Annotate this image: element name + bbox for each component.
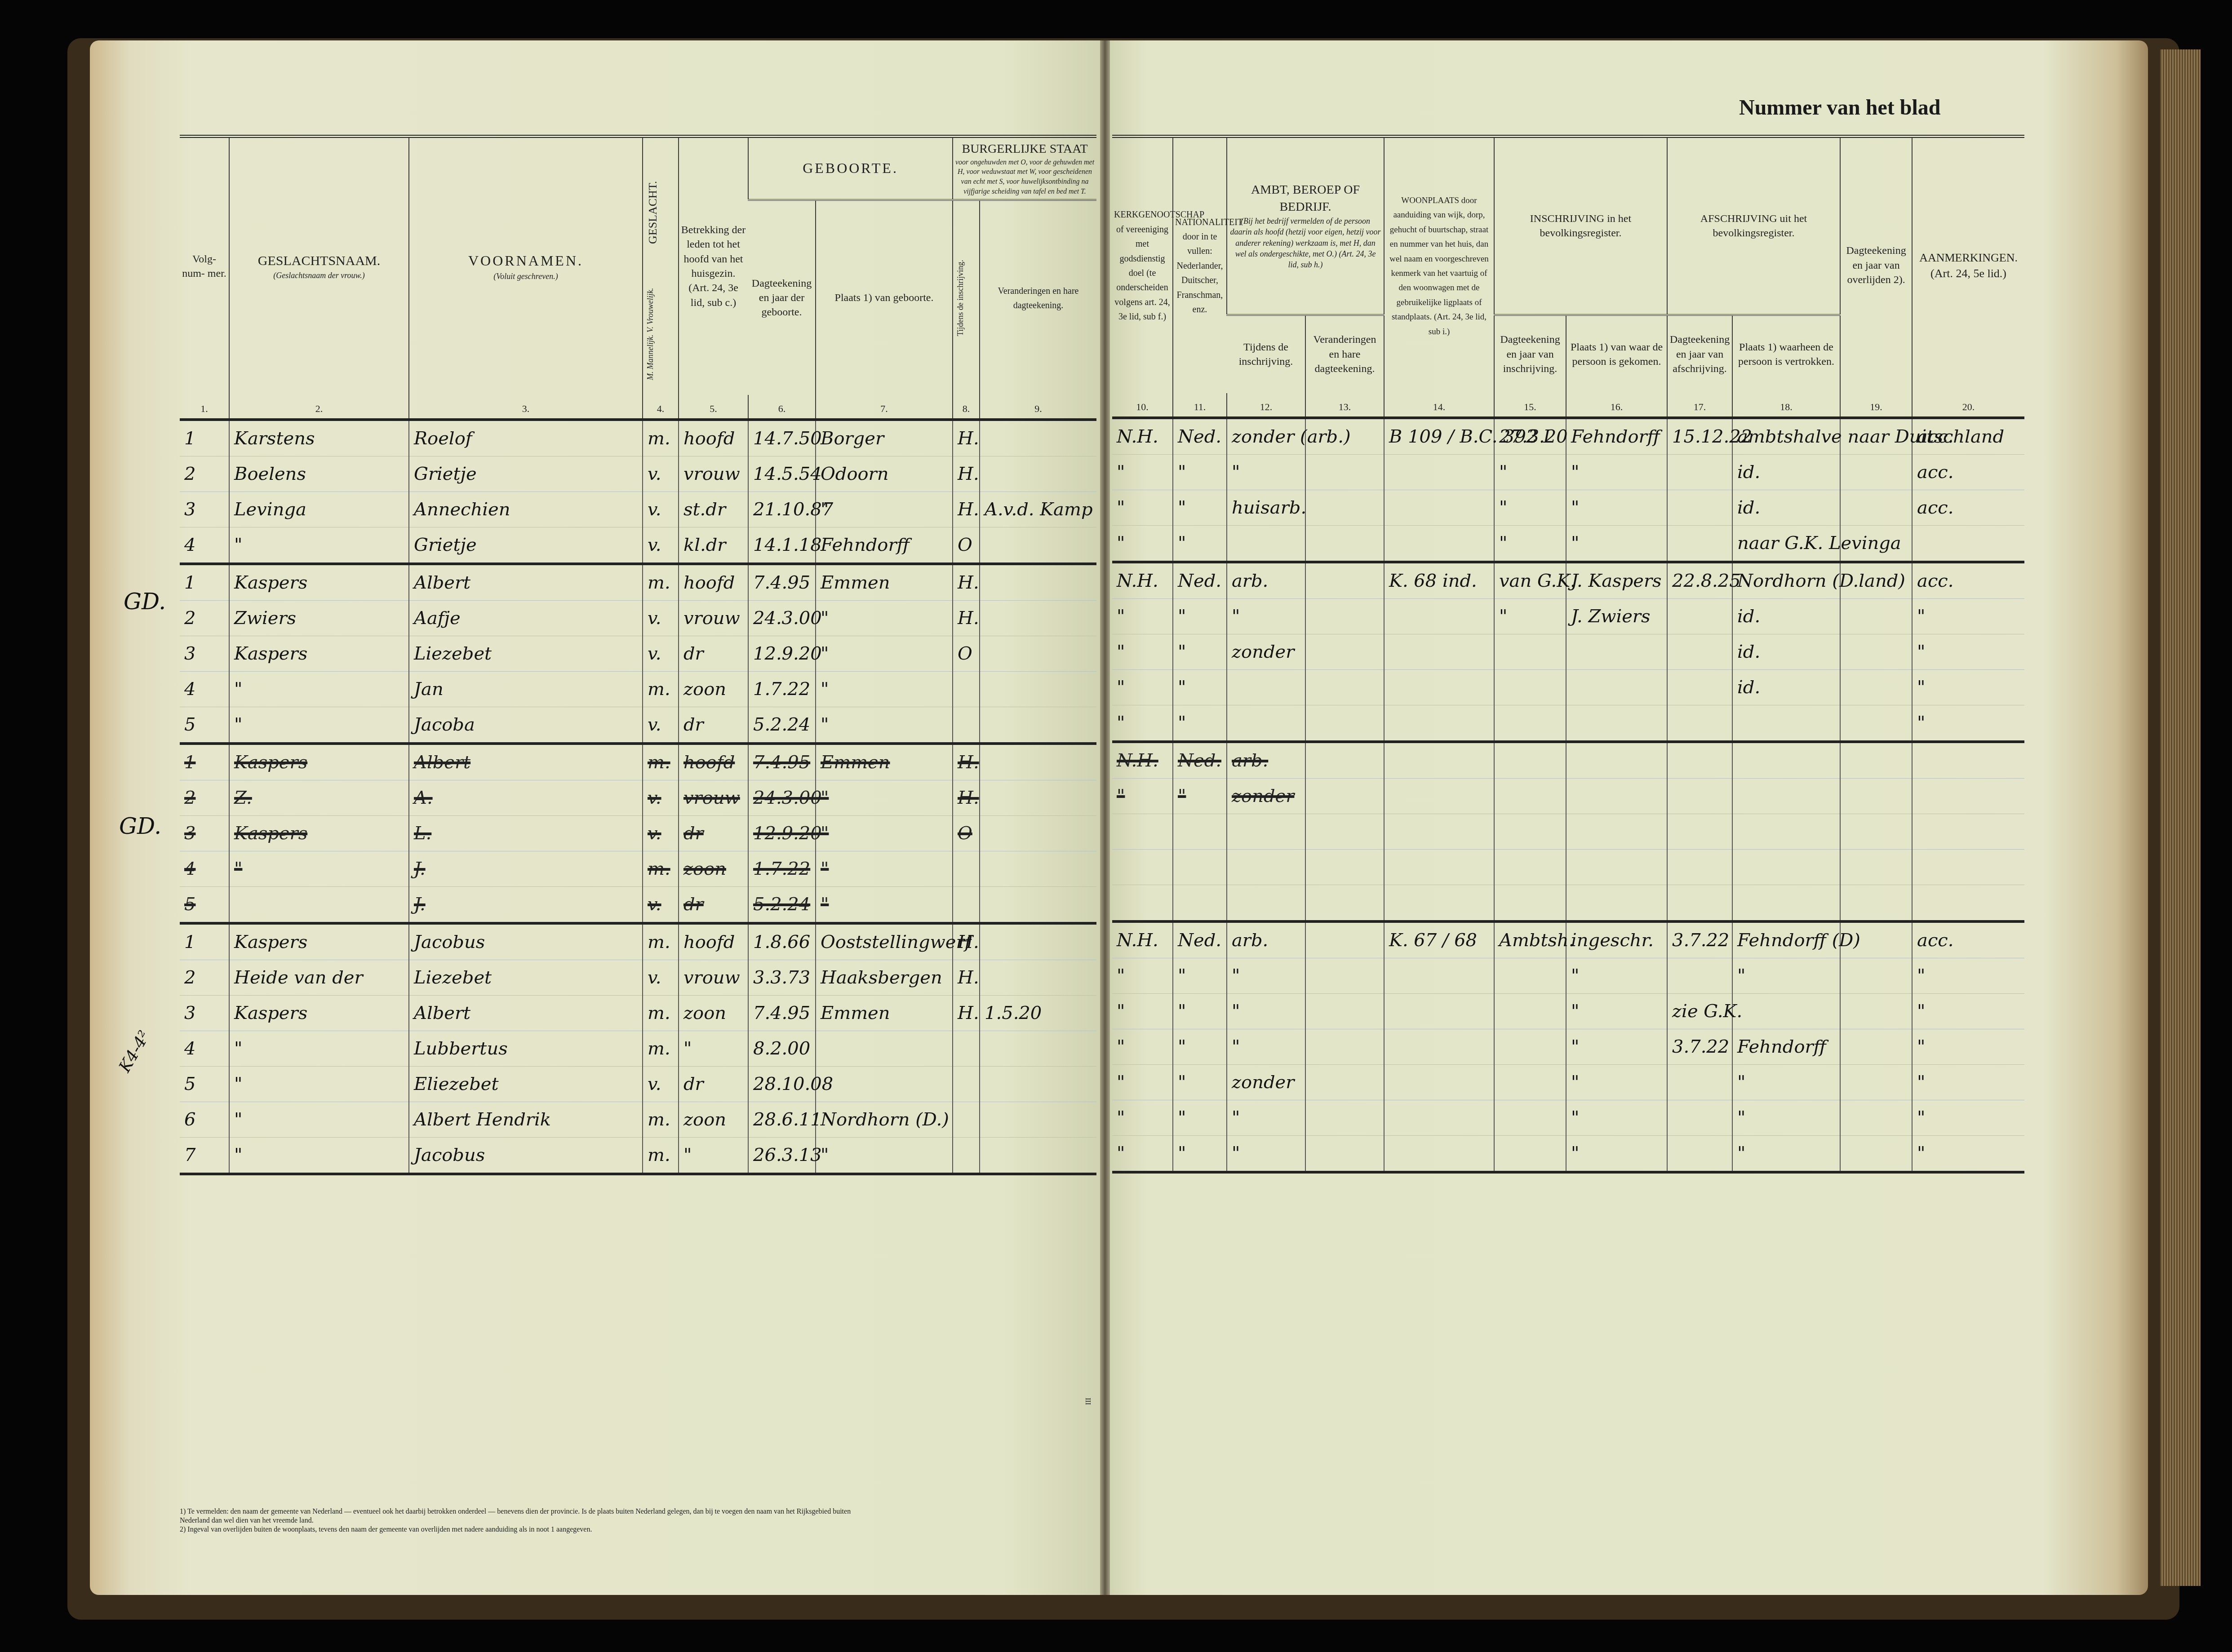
cell-birth-place: Borger	[816, 420, 953, 456]
cell-nr: 2	[180, 601, 229, 636]
cell-dereg-date: 15.12.22	[1667, 418, 1732, 455]
cell-birth-date: 24.3.00	[748, 601, 816, 636]
cell-occupation: "	[1227, 599, 1305, 634]
table-row: 1KaspersAlbertm.hoofd7.4.95EmmenH.	[180, 744, 1096, 780]
cell-death	[1840, 1100, 1912, 1136]
table-row: 5"Eliezebetv.dr28.10.08	[180, 1067, 1096, 1102]
cell-dereg-date	[1667, 526, 1732, 562]
cell-occ-change	[1305, 705, 1384, 742]
cell-relation: "	[679, 1138, 748, 1174]
cell-residence	[1384, 885, 1494, 922]
cell-nr: 7	[180, 1138, 229, 1174]
cell-civil-change	[980, 744, 1096, 780]
cell-remarks: "	[1912, 1065, 2024, 1100]
cell-dereg-date	[1667, 885, 1732, 922]
cell-death	[1840, 705, 1912, 742]
cell-civil-change	[980, 672, 1096, 707]
table-row: ""zonderid."	[1112, 634, 2024, 670]
cell-occ-change	[1305, 779, 1384, 814]
cell-to-place	[1732, 814, 1840, 850]
cell-residence	[1384, 670, 1494, 705]
cell-sex: m.	[643, 1138, 679, 1174]
cell-nr: 1	[180, 564, 229, 601]
cell-church	[1112, 814, 1173, 850]
cell-birth-date: 26.3.13	[748, 1138, 816, 1174]
cell-relation: zoon	[679, 996, 748, 1031]
cell-from-place: ingeschr.	[1566, 921, 1667, 958]
cell-surname: Kaspers	[229, 564, 409, 601]
cell-residence	[1384, 634, 1494, 670]
table-row: ""zonder	[1112, 779, 2024, 814]
col-num: 11.	[1173, 393, 1227, 418]
table-row: N.H.Ned.zonder (arb.)B 109 / B.C. 392 I2…	[1112, 418, 2024, 455]
cell-occ-change	[1305, 599, 1384, 634]
cell-remarks	[1912, 814, 2024, 850]
cell-from-place: "	[1566, 1136, 1667, 1173]
table-row: 7"Jacobusm."26.3.13"	[180, 1138, 1096, 1174]
cell-civil	[953, 887, 980, 924]
col-voornamen-header: VOORNAMEN.(Voluit geschreven.)	[409, 137, 643, 395]
cell-nat: Ned.	[1173, 562, 1227, 599]
cell-nat: "	[1173, 1029, 1227, 1065]
cell-sex: v.	[643, 527, 679, 564]
cell-remarks	[1912, 779, 2024, 814]
cell-relation: vrouw	[679, 456, 748, 492]
cell-civil-change	[980, 1067, 1096, 1102]
cell-church: "	[1112, 1029, 1173, 1065]
cell-relation: hoofd	[679, 923, 748, 960]
cell-church: "	[1112, 634, 1173, 670]
col-num: 2.	[229, 395, 409, 420]
cell-surname: "	[229, 851, 409, 887]
table-row: 3KaspersAlbertm.zoon7.4.95EmmenH.1.5.20	[180, 996, 1096, 1031]
col-woonplaats-header: WOONPLAATS door aanduiding van wijk, dor…	[1384, 137, 1494, 394]
cell-death	[1840, 599, 1912, 634]
col-inschrijving-plaats-header: Plaats 1) van waar de persoon is gekomen…	[1566, 315, 1667, 393]
cell-birth-date: 14.7.50	[748, 420, 816, 456]
cell-birth-date: 24.3.00	[748, 780, 816, 816]
table-row: 4"J.m.zoon1.7.22"	[180, 851, 1096, 887]
margin-note-gd: GD.	[124, 589, 166, 615]
cell-death	[1840, 634, 1912, 670]
table-row: N.H.Ned.arb.K. 68 ind.van G.K.J. Kaspers…	[1112, 562, 2024, 599]
cell-from-place: "	[1566, 1065, 1667, 1100]
table-row: """"""	[1112, 1100, 2024, 1136]
cell-sex: v.	[643, 636, 679, 672]
cell-occ-change	[1305, 526, 1384, 562]
cell-civil-change	[980, 1138, 1096, 1174]
cell-surname: Levinga	[229, 492, 409, 527]
cell-occupation	[1227, 526, 1305, 562]
cell-from-place	[1566, 814, 1667, 850]
cell-civil-change	[980, 887, 1096, 924]
cell-birth-date: 28.6.11	[748, 1102, 816, 1138]
col-num: 17.	[1667, 393, 1732, 418]
table-row: 2Heide van derLiezebetv.vrouw3.3.73Haaks…	[180, 960, 1096, 996]
cell-birth-date: 1.7.22	[748, 672, 816, 707]
cell-relation: dr	[679, 1067, 748, 1102]
cell-death	[1840, 1065, 1912, 1100]
cell-civil-change	[980, 923, 1096, 960]
cell-relation: vrouw	[679, 960, 748, 996]
cell-birth-place	[816, 1031, 953, 1067]
cell-church: "	[1112, 994, 1173, 1029]
cell-residence	[1384, 1136, 1494, 1173]
cell-residence	[1384, 705, 1494, 742]
table-row: """"naar G.K. Levinga	[1112, 526, 2024, 562]
cell-nat: "	[1173, 958, 1227, 994]
table-row: 4"Grietjev.kl.dr14.1.18FehndorffO	[180, 527, 1096, 564]
cell-birth-place: Nordhorn (D.)	[816, 1102, 953, 1138]
cell-sex: m.	[643, 420, 679, 456]
cell-civil-change	[980, 1031, 1096, 1067]
cell-nat: "	[1173, 526, 1227, 562]
cell-given: Annechien	[409, 492, 643, 527]
table-row: 5"Jacobav.dr5.2.24"	[180, 707, 1096, 744]
cell-sex: v.	[643, 492, 679, 527]
cell-birth-place: "	[816, 1138, 953, 1174]
cell-death	[1840, 670, 1912, 705]
cell-civil	[953, 1031, 980, 1067]
cell-occupation: arb.	[1227, 921, 1305, 958]
cell-nr: 3	[180, 996, 229, 1031]
cell-civil: H.	[953, 564, 980, 601]
cell-given: Roelof	[409, 420, 643, 456]
col-num: 13.	[1305, 393, 1384, 418]
cell-given: Liezebet	[409, 636, 643, 672]
cell-occupation: "	[1227, 1029, 1305, 1065]
cell-nr: 5	[180, 1067, 229, 1102]
cell-birth-date: 5.2.24	[748, 707, 816, 744]
table-row: """""id.acc.	[1112, 455, 2024, 490]
cell-nat: "	[1173, 490, 1227, 526]
cell-nr: 5	[180, 707, 229, 744]
cell-nat: "	[1173, 1100, 1227, 1136]
cell-reg-date: "	[1494, 455, 1566, 490]
cell-church: "	[1112, 455, 1173, 490]
cell-death	[1840, 1029, 1912, 1065]
footnotes: 1) Te vermelden: den naam der gemeente v…	[180, 1507, 854, 1534]
cell-birth-date: 7.4.95	[748, 744, 816, 780]
cell-residence	[1384, 1065, 1494, 1100]
cell-nr: 3	[180, 636, 229, 672]
cell-remarks	[1912, 850, 2024, 885]
cell-relation: hoofd	[679, 420, 748, 456]
cell-given: J.	[409, 851, 643, 887]
cell-relation: dr	[679, 887, 748, 924]
cell-from-place: "	[1566, 994, 1667, 1029]
cell-relation: "	[679, 1031, 748, 1067]
cell-given: L.	[409, 816, 643, 851]
cell-given: Grietje	[409, 527, 643, 564]
cell-dereg-date	[1667, 1136, 1732, 1173]
col-num: 3.	[409, 395, 643, 420]
col-ambt-veranderingen-header: Veranderingen en hare dagteekening.	[1305, 315, 1384, 393]
cell-occupation: zonder	[1227, 1065, 1305, 1100]
col-aanmerkingen-header: AANMERKINGEN. (Art. 24, 5e lid.)	[1912, 137, 2024, 394]
cell-civil: O	[953, 527, 980, 564]
table-row: """"3.7.22Fehndorff"	[1112, 1029, 2024, 1065]
table-row: 1KarstensRoelofm.hoofd14.7.50BorgerH.	[180, 420, 1096, 456]
cell-nr: 2	[180, 960, 229, 996]
cell-sex: v.	[643, 887, 679, 924]
cell-nat: "	[1173, 670, 1227, 705]
cell-occ-change	[1305, 1029, 1384, 1065]
cell-given: Jacoba	[409, 707, 643, 744]
cell-nr: 4	[180, 527, 229, 564]
table-row: """"J. Zwiersid."	[1112, 599, 2024, 634]
cell-occ-change	[1305, 850, 1384, 885]
col-staat-tijdens-header: Tijdens de inschrijving.	[953, 200, 980, 395]
cell-surname: Heide van der	[229, 960, 409, 996]
cell-dereg-date	[1667, 958, 1732, 994]
cell-nat	[1173, 814, 1227, 850]
cell-birth-date: 14.5.54	[748, 456, 816, 492]
cell-from-place: "	[1566, 1100, 1667, 1136]
cell-surname: Kaspers	[229, 923, 409, 960]
cell-dereg-date	[1667, 814, 1732, 850]
table-row: ""huisarb.""id.acc.	[1112, 490, 2024, 526]
cell-occupation: arb.	[1227, 742, 1305, 779]
cell-birth-place: "	[816, 851, 953, 887]
group-geboorte-header: GEBOORTE.	[748, 137, 953, 200]
cell-occupation	[1227, 670, 1305, 705]
cell-remarks: "	[1912, 958, 2024, 994]
cell-to-place: "	[1732, 1100, 1840, 1136]
cell-reg-date: van G.K.	[1494, 562, 1566, 599]
cell-occupation: "	[1227, 1100, 1305, 1136]
col-num: 20.	[1912, 393, 2024, 418]
cell-from-place	[1566, 885, 1667, 922]
cell-surname: Z.	[229, 780, 409, 816]
cell-reg-date: "	[1494, 490, 1566, 526]
cell-birth-date: 14.1.18	[748, 527, 816, 564]
cell-residence: K. 67 / 68	[1384, 921, 1494, 958]
table-row: N.H.Ned.arb.	[1112, 742, 2024, 779]
cell-sex: m.	[643, 923, 679, 960]
cell-sex: m.	[643, 672, 679, 707]
cell-church: "	[1112, 1100, 1173, 1136]
table-row: 1KaspersAlbertm.hoofd7.4.95EmmenH.	[180, 564, 1096, 601]
cell-dereg-date	[1667, 742, 1732, 779]
cell-birth-date: 7.4.95	[748, 564, 816, 601]
cell-surname: Kaspers	[229, 816, 409, 851]
cell-civil	[953, 1138, 980, 1174]
cell-occ-change	[1305, 921, 1384, 958]
cell-birth-place: "	[816, 816, 953, 851]
cell-birth-date: 21.10.87	[748, 492, 816, 527]
table-row: ""id."	[1112, 670, 2024, 705]
cell-surname: "	[229, 1031, 409, 1067]
cell-church: N.H.	[1112, 562, 1173, 599]
col-num: 4.	[643, 395, 679, 420]
page-edge-stack	[2160, 49, 2201, 1586]
cell-relation: zoon	[679, 1102, 748, 1138]
table-row: """	[1112, 705, 2024, 742]
col-geboorte-plaats-header: Plaats 1) van geboorte.	[816, 200, 953, 395]
table-row: 3LevingaAnnechienv.st.dr21.10.87"H.A.v.d…	[180, 492, 1096, 527]
cell-dereg-date	[1667, 1100, 1732, 1136]
cell-nr: 6	[180, 1102, 229, 1138]
col-geslacht-header: GESLACHT.M. Mannelijk. V. Vrouwelijk.	[643, 137, 679, 395]
cell-civil: H.	[953, 420, 980, 456]
cell-residence	[1384, 958, 1494, 994]
cell-sex: v.	[643, 816, 679, 851]
cell-death	[1840, 779, 1912, 814]
col-num: 12.	[1227, 393, 1305, 418]
cell-birth-place: "	[816, 492, 953, 527]
cell-to-place: Fehndorff	[1732, 1029, 1840, 1065]
cell-nat: Ned.	[1173, 921, 1227, 958]
cell-occ-change	[1305, 562, 1384, 599]
cell-residence	[1384, 599, 1494, 634]
cell-residence	[1384, 455, 1494, 490]
cell-given: Albert	[409, 996, 643, 1031]
cell-sex: v.	[643, 707, 679, 744]
cell-from-place	[1566, 850, 1667, 885]
cell-surname: "	[229, 1067, 409, 1102]
cell-nr: 4	[180, 672, 229, 707]
cell-relation: vrouw	[679, 780, 748, 816]
group-burgerlijke-staat-header: BURGERLIJKE STAATvoor ongehuwden met O, …	[953, 137, 1096, 200]
cell-nr: 1	[180, 744, 229, 780]
col-num: 14.	[1384, 393, 1494, 418]
cell-birth-date: 8.2.00	[748, 1031, 816, 1067]
cell-to-place: "	[1732, 1136, 1840, 1173]
table-row: 2Z.A.v.vrouw24.3.00"H.	[180, 780, 1096, 816]
cell-relation: vrouw	[679, 601, 748, 636]
cell-from-place	[1566, 634, 1667, 670]
table-row: 3KaspersLiezebetv.dr12.9.20"O	[180, 636, 1096, 672]
cell-residence	[1384, 1029, 1494, 1065]
col-betrekking-header: Betrekking der leden tot het hoofd van h…	[679, 137, 748, 395]
cell-birth-place: "	[816, 601, 953, 636]
cell-birth-date: 1.7.22	[748, 851, 816, 887]
cell-sex: m.	[643, 1102, 679, 1138]
table-row: 4"Janm.zoon1.7.22"	[180, 672, 1096, 707]
col-num: 15.	[1494, 393, 1566, 418]
cell-birth-place: Emmen	[816, 996, 953, 1031]
cell-to-place: id.	[1732, 490, 1840, 526]
col-overlijden-header: Dagteekening en jaar van overlijden 2).	[1840, 137, 1912, 394]
cell-dereg-date	[1667, 850, 1732, 885]
cell-occupation	[1227, 885, 1305, 922]
cell-church: "	[1112, 1136, 1173, 1173]
left-register-table: Volg- num- mer. GESLACHTSNAAM.(Geslachts…	[180, 135, 1096, 1175]
group-inschrijving-header: INSCHRIJVING in het bevolkingsregister.	[1494, 137, 1667, 315]
cell-relation: hoofd	[679, 564, 748, 601]
col-geslachtsnaam-header: GESLACHTSNAAM.(Geslachtsnaam der vrouw.)	[229, 137, 409, 395]
cell-occupation: zonder	[1227, 779, 1305, 814]
cell-occupation: arb.	[1227, 562, 1305, 599]
cell-to-place: ambtshalve naar Duitschland	[1732, 418, 1840, 455]
cell-church: "	[1112, 958, 1173, 994]
cell-birth-date: 7.4.95	[748, 996, 816, 1031]
cell-nat: "	[1173, 1065, 1227, 1100]
cell-civil: O	[953, 816, 980, 851]
cell-occ-change	[1305, 885, 1384, 922]
table-row: 4"Lubbertusm."8.2.00	[180, 1031, 1096, 1067]
cell-birth-place	[816, 1067, 953, 1102]
right-register-table: KERKGENOOTSCHAP of vereeniging met godsd…	[1112, 135, 2024, 1174]
group-ambt-header: AMBT, BEROEP OF BEDRIJF.(Bij het bedrijf…	[1227, 137, 1384, 315]
col-num: 9.	[980, 395, 1096, 420]
cell-remarks: "	[1912, 994, 2024, 1029]
cell-surname	[229, 887, 409, 924]
cell-remarks: acc.	[1912, 562, 2024, 599]
cell-residence	[1384, 526, 1494, 562]
cell-surname: "	[229, 527, 409, 564]
cell-to-place	[1732, 994, 1840, 1029]
book-gutter	[1100, 40, 1110, 1595]
cell-dereg-date: 3.7.22	[1667, 921, 1732, 958]
table-row: 6"Albert Hendrikm.zoon28.6.11Nordhorn (D…	[180, 1102, 1096, 1138]
cell-nr: 1	[180, 420, 229, 456]
cell-occ-change	[1305, 1136, 1384, 1173]
cell-relation: zoon	[679, 851, 748, 887]
cell-nat	[1173, 850, 1227, 885]
cell-death	[1840, 994, 1912, 1029]
col-num: 19.	[1840, 393, 1912, 418]
cell-residence: B 109 / B.C. 392 I	[1384, 418, 1494, 455]
cell-residence	[1384, 994, 1494, 1029]
cell-residence: K. 68 ind.	[1384, 562, 1494, 599]
cell-nat: "	[1173, 455, 1227, 490]
cell-birth-place: Odoorn	[816, 456, 953, 492]
cell-civil-change	[980, 1102, 1096, 1138]
col-num: 16.	[1566, 393, 1667, 418]
cell-nat: "	[1173, 779, 1227, 814]
cell-reg-date	[1494, 670, 1566, 705]
cell-civil: H.	[953, 492, 980, 527]
col-num: 10.	[1112, 393, 1173, 418]
cell-surname: Kaspers	[229, 636, 409, 672]
cell-to-place: Fehndorff (D)	[1732, 921, 1840, 958]
col-staat-veranderingen-header: Veranderingen en hare dagteekening.	[980, 200, 1096, 395]
cell-dereg-date	[1667, 455, 1732, 490]
cell-birth-date: 5.2.24	[748, 887, 816, 924]
cell-church: "	[1112, 705, 1173, 742]
cell-occupation: zonder (arb.)	[1227, 418, 1305, 455]
cell-surname: Kaspers	[229, 996, 409, 1031]
col-num: 7.	[816, 395, 953, 420]
cell-civil	[953, 707, 980, 744]
cell-church: "	[1112, 1065, 1173, 1100]
cell-remarks: "	[1912, 599, 2024, 634]
cell-occ-change	[1305, 814, 1384, 850]
cell-reg-date	[1494, 1100, 1566, 1136]
cell-reg-date: Ambtsh.	[1494, 921, 1566, 958]
cell-given: Albert	[409, 564, 643, 601]
cell-residence	[1384, 814, 1494, 850]
cell-birth-place: "	[816, 636, 953, 672]
cell-given: Eliezebet	[409, 1067, 643, 1102]
cell-reg-date	[1494, 1136, 1566, 1173]
cell-death	[1840, 490, 1912, 526]
cell-to-place	[1732, 779, 1840, 814]
cell-surname: Kaspers	[229, 744, 409, 780]
cell-sex: v.	[643, 1067, 679, 1102]
table-row: 3KaspersL.v.dr12.9.20"O	[180, 816, 1096, 851]
cell-surname: Karstens	[229, 420, 409, 456]
cell-civil-change	[980, 456, 1096, 492]
cell-civil-change	[980, 420, 1096, 456]
cell-nr: 3	[180, 816, 229, 851]
cell-to-place	[1732, 885, 1840, 922]
cell-surname: "	[229, 672, 409, 707]
cell-nat: Ned.	[1173, 742, 1227, 779]
cell-nr: 4	[180, 851, 229, 887]
